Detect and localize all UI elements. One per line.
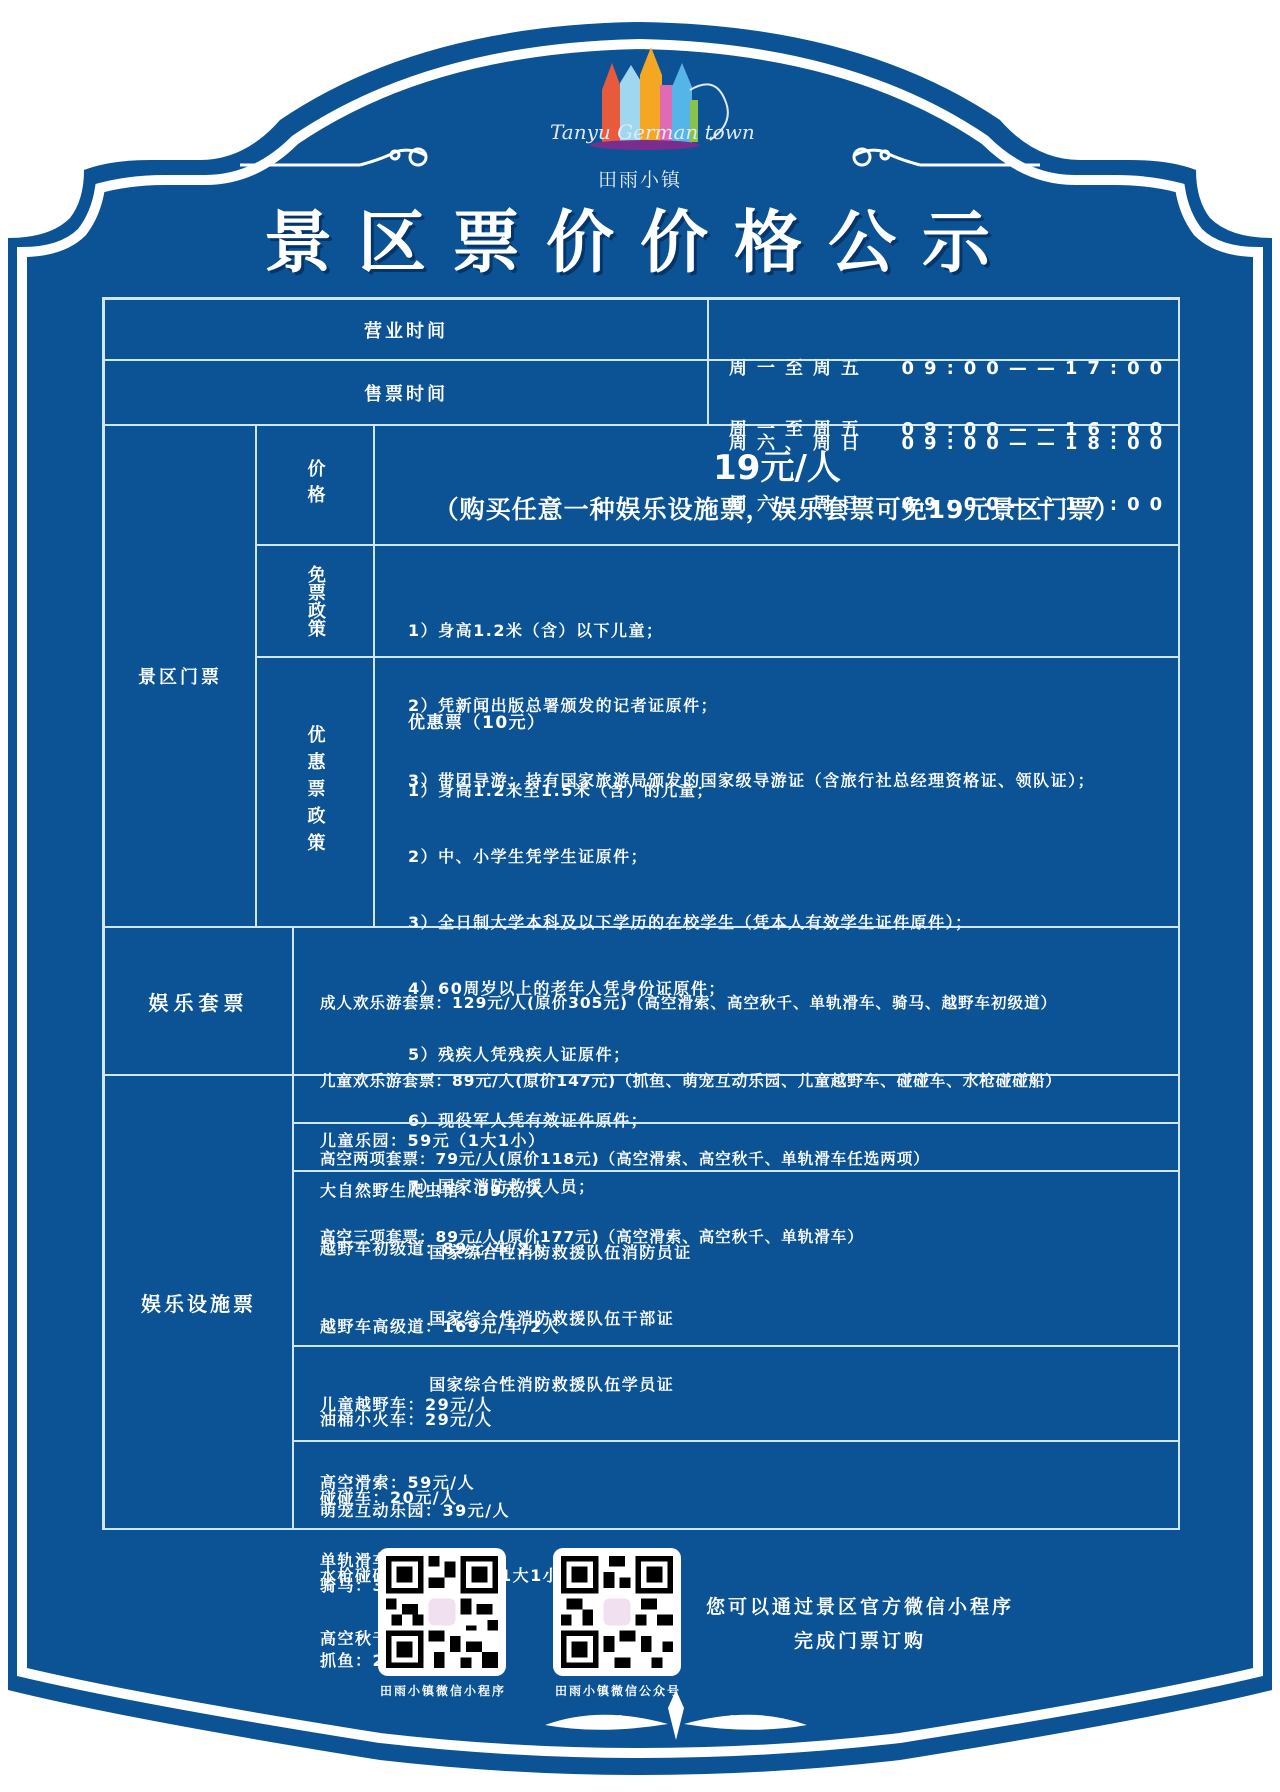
list-item: 2）中、小学生凭学生证原件； (408, 846, 1179, 868)
list-item: 1）身高1.2米至1.5米（含）的儿童； (408, 780, 1179, 802)
facilities-group-2: 大自然野生爬虫馆：39元/人 (293, 1123, 1180, 1171)
facilities-label: 娱乐设施票 (104, 1075, 293, 1530)
qr-code-mini-program[interactable] (378, 1548, 506, 1676)
facilities-group-3: 越野车初级道：89元/车/2人 越野车高级道：169元/车/2人 儿童越野车：2… (293, 1171, 1180, 1346)
facilities-group-5: 萌宠互动乐园：39元/人 骑马：39元/人 抓鱼：20元/人 (293, 1441, 1180, 1530)
price-table: 营业时间 周一至周五 09:00——17:00 周六、周日 09:00——18:… (102, 297, 1180, 1530)
free-policy-list: 1）身高1.2米（含）以下儿童； 2）凭新闻出版总署颁发的记者证原件； 3）带团… (374, 545, 1180, 657)
qr-caption-mini-program: 田雨小镇微信小程序 (358, 1682, 528, 1699)
business-hours-label: 营业时间 (104, 299, 708, 360)
qr-caption-official-account: 田雨小镇微信公众号 (533, 1682, 703, 1699)
free-policy-label: 免票政策 (256, 545, 374, 657)
promo-text: 您可以通过景区官方微信小程序 完成门票订购 (690, 1590, 1030, 1658)
admission-price-cell: 19元/人 （购买任意一种娱乐设施票，娱乐套票可免19元景区门票） (374, 425, 1180, 545)
qr-code-icon (561, 1556, 673, 1668)
ticketing-hours-label: 售票时间 (104, 360, 708, 425)
price-label: 价格 (256, 425, 374, 545)
list-item: 越野车高级道：169元/车/2人 (320, 1314, 1179, 1340)
promo-line-2: 完成门票订购 (690, 1624, 1030, 1658)
list-item: 越野车初级道：89元/车/2人 (320, 1236, 1179, 1262)
logo-name: 田雨小镇 (540, 165, 740, 192)
discount-policy-list: 优惠票（10元） 1）身高1.2米至1.5米（含）的儿童； 2）中、小学生凭学生… (374, 657, 1180, 927)
business-hours-values: 周一至周五 09:00——17:00 周六、周日 09:00——18:00 (708, 299, 1180, 360)
admission-price: 19元/人 (375, 426, 1179, 490)
list-item: 成人欢乐游套票：129元/人(原价305元)（高空滑索、高空秋千、单轨滑车、骑马… (320, 990, 1179, 1016)
admission-price-note: （购买任意一种娱乐设施票，娱乐套票可免19元景区门票） (375, 490, 1179, 530)
list-item: 萌宠互动乐园：39元/人 (320, 1498, 1179, 1523)
free-policy-label-text: 免票政策 (305, 565, 325, 637)
promo-line-1: 您可以通过景区官方微信小程序 (690, 1590, 1030, 1624)
discount-policy-label: 优惠票政策 (256, 657, 374, 927)
list-item: 油桶小火车：29元/人 (320, 1407, 1179, 1433)
facilities-group-4: 油桶小火车：29元/人 碰碰车：20元/人 水枪碰碰船：39元/船/1大1小（1… (293, 1346, 1180, 1441)
discount-heading: 优惠票（10元） (408, 710, 1179, 736)
brand-logo: Tanyu German town 田雨小镇 (540, 45, 740, 190)
ticketing-hours-values: 周一至周五 09:00——16:00 周六、周日 09:00——17:00 (708, 360, 1180, 425)
page-title: 景区票价价格公示 (220, 204, 1060, 284)
discount-policy-label-text: 优惠票政策 (302, 725, 329, 860)
admission-label: 景区门票 (104, 425, 256, 927)
qr-code-icon (386, 1556, 498, 1668)
packages-list: 成人欢乐游套票：129元/人(原价305元)（高空滑索、高空秋千、单轨滑车、骑马… (293, 927, 1180, 1075)
price-label-text: 价格 (302, 459, 329, 511)
list-item: 1）身高1.2米（含）以下儿童； (408, 618, 1179, 643)
packages-label: 娱乐套票 (104, 927, 293, 1075)
qr-code-official-account[interactable] (553, 1548, 681, 1676)
logo-script-text: Tanyu German town (550, 120, 755, 144)
facilities-group-1: 儿童乐园：59元（1大1小） (293, 1075, 1180, 1123)
